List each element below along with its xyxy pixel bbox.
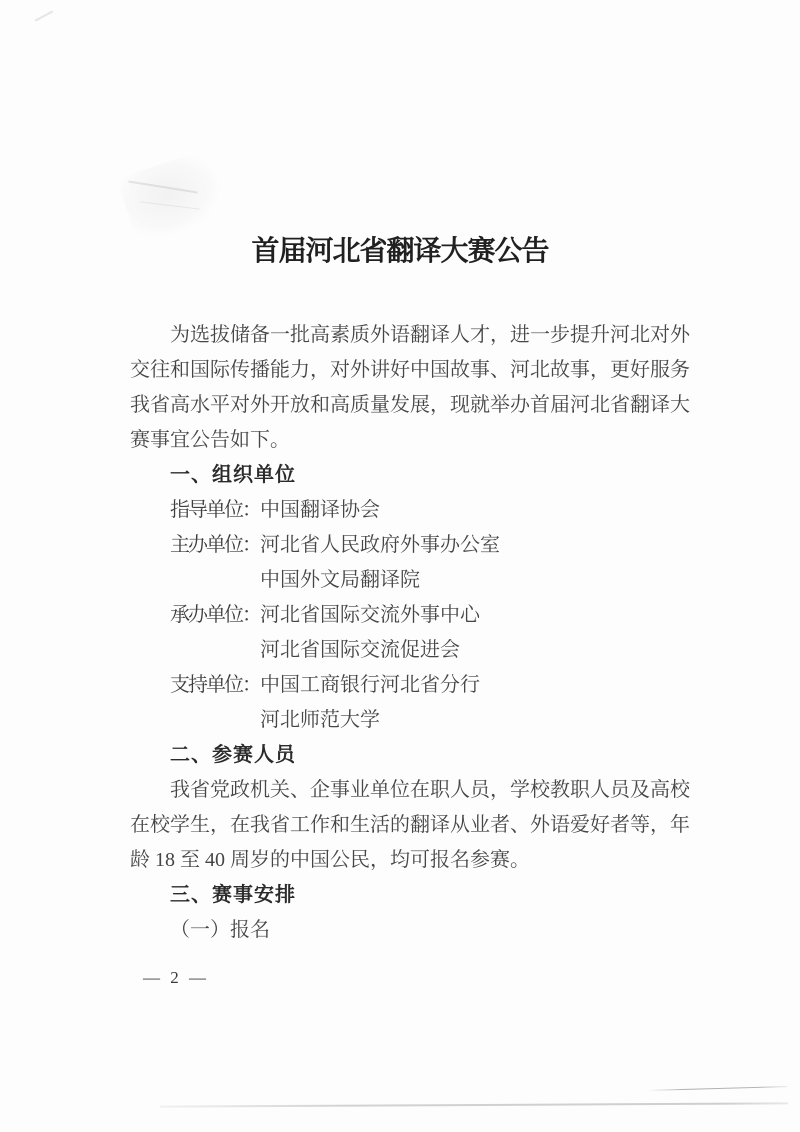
organizer-unit-continuation: 中国外文局翻译院 bbox=[130, 563, 690, 598]
organizer-unit-continuation: 河北省国际交流促进会 bbox=[130, 633, 690, 668]
organizer-row: 指导单位： 中国翻译协会 bbox=[130, 493, 690, 528]
document-title: 首届河北省翻译大赛公告 bbox=[0, 234, 800, 270]
participants-line: 龄 18 至 40 周岁的中国公民，均可报名参赛。 bbox=[130, 843, 690, 878]
intro-line: 我省高水平对外开放和高质量发展，现就举办首届河北省翻译大 bbox=[130, 388, 690, 423]
section-heading-schedule: 三、赛事安排 bbox=[130, 878, 690, 913]
scan-artifact-smudge bbox=[117, 149, 229, 245]
scan-artifact-corner-mark bbox=[35, 10, 54, 21]
page-number: — 2 — bbox=[143, 966, 209, 990]
scan-artifact-line-long bbox=[160, 1102, 788, 1107]
organizer-label: 承办单位： bbox=[170, 598, 260, 633]
subsection-registration-label: （一）报名 bbox=[130, 913, 690, 948]
section-heading-participants: 二、参赛人员 bbox=[130, 738, 690, 773]
organizer-row: 主办单位： 河北省人民政府外事办公室 bbox=[130, 528, 690, 563]
organizer-unit: 中国翻译协会 bbox=[260, 493, 380, 528]
organizer-row: 承办单位： 河北省国际交流外事中心 bbox=[130, 598, 690, 633]
organizer-unit: 河北省国际交流外事中心 bbox=[260, 598, 480, 633]
participants-line: 在校学生，在我省工作和生活的翻译从业者、外语爱好者等，年 bbox=[130, 808, 690, 843]
section-heading-organizers: 一、组织单位 bbox=[130, 458, 690, 493]
organizer-label: 主办单位： bbox=[170, 528, 260, 563]
organizer-row: 支持单位： 中国工商银行河北省分行 bbox=[130, 668, 690, 703]
scan-artifact-line-short bbox=[650, 1086, 787, 1091]
organizer-label: 支持单位： bbox=[170, 668, 260, 703]
organizer-unit: 中国工商银行河北省分行 bbox=[260, 668, 480, 703]
organizer-unit: 河北省人民政府外事办公室 bbox=[260, 528, 500, 563]
intro-line: 为选拔储备一批高素质外语翻译人才，进一步提升河北对外 bbox=[130, 318, 690, 353]
intro-line: 赛事宜公告如下。 bbox=[130, 423, 690, 458]
organizer-unit-continuation: 河北师范大学 bbox=[130, 703, 690, 738]
scanned-document-page: 首届河北省翻译大赛公告 为选拔储备一批高素质外语翻译人才，进一步提升河北对外 交… bbox=[0, 0, 800, 1132]
organizer-label: 指导单位： bbox=[170, 493, 260, 528]
document-body: 为选拔储备一批高素质外语翻译人才，进一步提升河北对外 交往和国际传播能力，对外讲… bbox=[130, 318, 690, 948]
intro-line: 交往和国际传播能力，对外讲好中国故事、河北故事，更好服务 bbox=[130, 353, 690, 388]
participants-line: 我省党政机关、企事业单位在职人员，学校教职人员及高校 bbox=[130, 773, 690, 808]
